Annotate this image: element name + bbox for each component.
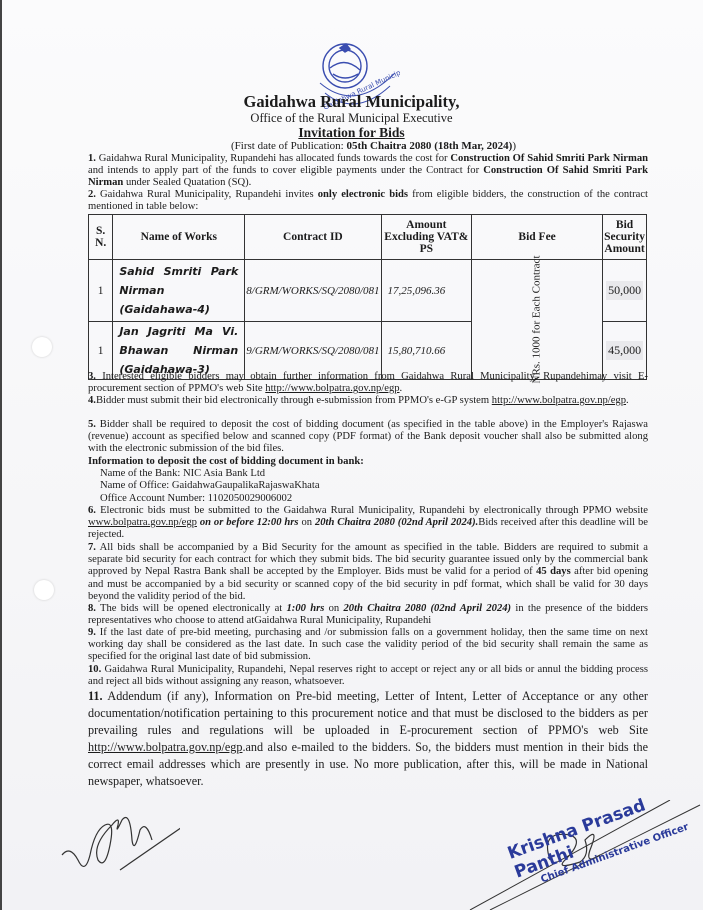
paragraph-3: 3. Interested eligible bidders may obtai…: [88, 371, 648, 395]
cell-work-name: Sahid Smriti Park Nirman (Gaidahawa-4): [113, 260, 245, 322]
punch-hole: [34, 580, 54, 600]
header-bid-security: Bid Security Amount: [603, 215, 647, 260]
works-table: S. N. Name of Works Contract ID Amount E…: [88, 214, 647, 380]
paragraph-2: 2. Gaidahwa Rural Municipality, Rupandeh…: [88, 189, 648, 213]
header-sn: S. N.: [89, 215, 113, 260]
cell-sn: 1: [89, 260, 113, 322]
header-bid-fee: Bid Fee: [472, 215, 603, 260]
paragraph-4: 4.Bidder must submit their bid electroni…: [88, 395, 648, 407]
table-row: 1 Sahid Smriti Park Nirman (Gaidahawa-4)…: [89, 260, 647, 322]
notice-title: Invitation for Bids: [0, 125, 703, 141]
cell-contract-id: 8/GRM/WORKS/SQ/2080/081: [245, 260, 381, 322]
paragraph-6: 6. Electronic bids must be submitted to …: [88, 505, 648, 542]
cell-bid-security: 50,000: [603, 260, 647, 322]
cell-bid-fee: NRs. 1000 for Each Contract: [472, 260, 603, 380]
signature-left-icon: [60, 800, 180, 890]
paragraph-8: 8. The bids will be opened electronicall…: [88, 603, 648, 627]
paragraph-10: 10. Gaidahwa Rural Municipality, Rupande…: [88, 664, 648, 688]
paragraph-1: 1. Gaidahwa Rural Municipality, Rupandeh…: [88, 153, 648, 190]
bank-info: Information to deposit the cost of biddi…: [88, 456, 648, 505]
paragraph-5: 5. Bidder shall be required to deposit t…: [88, 419, 648, 456]
paragraph-9: 9. If the last date of pre-bid meeting, …: [88, 627, 648, 664]
paragraph-7: 7. All bids shall be accompanied by a Bi…: [88, 542, 648, 603]
municipality-title: Gaidahwa Rural Municipality,: [0, 92, 703, 112]
table-header-row: S. N. Name of Works Contract ID Amount E…: [89, 215, 647, 260]
header-amount: Amount Excluding VAT& PS: [381, 215, 472, 260]
cell-amount: 17,25,096.36: [381, 260, 472, 322]
bolpatra-link[interactable]: http://www.bolpatra.gov.np/egp: [492, 395, 626, 406]
paragraph-11: 11. Addendum (if any), Information on Pr…: [88, 688, 648, 790]
bolpatra-link[interactable]: http://www.bolpatra.gov.np/egp: [88, 740, 242, 754]
document-page: Gaidahwa Rural Municipality, Office of t…: [0, 0, 703, 910]
publication-date: (First date of Publication: 05th Chaitra…: [22, 140, 703, 152]
office-subtitle: Office of the Rural Municipal Executive: [0, 111, 703, 126]
bolpatra-link[interactable]: www.bolpatra.gov.np/egp: [88, 517, 197, 528]
punch-hole: [32, 337, 52, 357]
header-contract-id: Contract ID: [245, 215, 381, 260]
bolpatra-link[interactable]: http://www.bolpatra.gov.np/egp: [265, 383, 399, 394]
header-name-of-works: Name of Works: [113, 215, 245, 260]
